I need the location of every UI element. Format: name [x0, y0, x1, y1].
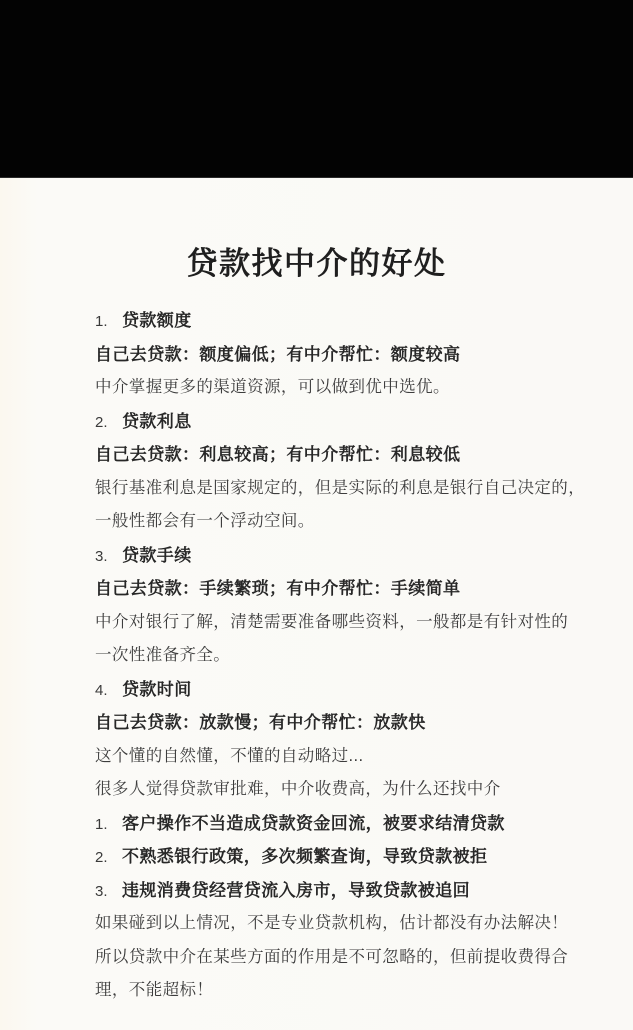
line-text: 贷款额度: [122, 311, 192, 330]
text-line: 自己去贷款：放款慢；有中介帮忙：放款快: [95, 706, 583, 740]
list-number: 2.: [95, 841, 122, 875]
screenshot-root: 贷款找中介的好处 1.贷款额度自己去贷款：额度偏低；有中介帮忙：额度较高中介掌握…: [0, 0, 633, 1030]
line-text: 很多人觉得贷款审批难，中介收费高，为什么还找中介: [95, 780, 501, 798]
line-text: 中介掌握更多的渠道资源，可以做到优中选优。: [95, 378, 450, 396]
text-line: 所以贷款中介在某些方面的作用是不可忽略的，但前提收费得合: [95, 941, 583, 975]
top-letterbox-bar: [0, 0, 633, 178]
risk-item-3: 3.违规消费贷经营贷流入房市，导致贷款被追回: [95, 874, 583, 908]
line-text: 银行基准利息是国家规定的，但是实际的利息是银行自己决定的，: [95, 479, 585, 497]
section-heading-loan-amount: 1.贷款额度: [95, 304, 583, 338]
line-text: 这个懂的自然懂，不懂的自动略过...: [95, 747, 363, 765]
list-number: 1.: [95, 808, 122, 842]
line-text: 不熟悉银行政策，多次频繁查询，导致贷款被拒: [122, 847, 487, 866]
line-text: 一次性准备齐全。: [95, 646, 230, 664]
risk-item-2: 2.不熟悉银行政策，多次频繁查询，导致贷款被拒: [95, 840, 583, 874]
text-line: 自己去贷款：额度偏低；有中介帮忙：额度较高: [95, 338, 583, 372]
section-heading-loan-interest: 2.贷款利息: [95, 405, 583, 439]
page-title: 贷款找中介的好处: [0, 244, 633, 284]
line-text: 自己去贷款：额度偏低；有中介帮忙：额度较高: [95, 345, 460, 364]
line-text: 自己去贷款：放款慢；有中介帮忙：放款快: [95, 713, 426, 732]
list-number: 3.: [95, 875, 122, 909]
line-text: 客户操作不当造成贷款资金回流，被要求结清贷款: [122, 814, 505, 833]
text-line: 自己去贷款：利息较高；有中介帮忙：利息较低: [95, 438, 583, 472]
line-text: 违规消费贷经营贷流入房市，导致贷款被追回: [122, 881, 470, 900]
section-heading-loan-procedure: 3.贷款手续: [95, 539, 583, 573]
text-line: 中介掌握更多的渠道资源，可以做到优中选优。: [95, 371, 583, 405]
list-number: 4.: [95, 674, 122, 708]
line-text: 贷款手续: [122, 546, 192, 565]
risk-item-1: 1.客户操作不当造成贷款资金回流，被要求结清贷款: [95, 807, 583, 841]
section-heading-loan-time: 4.贷款时间: [95, 673, 583, 707]
list-number: 3.: [95, 540, 122, 574]
line-text: 自己去贷款：利息较高；有中介帮忙：利息较低: [95, 445, 460, 464]
text-line: 这个懂的自然懂，不懂的自动略过...: [95, 740, 583, 774]
line-text: 贷款时间: [122, 680, 192, 699]
line-text: 所以贷款中介在某些方面的作用是不可忽略的，但前提收费得合: [95, 948, 568, 966]
line-text: 理，不能超标！: [95, 981, 213, 999]
text-line: 一次性准备齐全。: [95, 639, 583, 673]
list-number: 2.: [95, 406, 122, 440]
text-line: 理，不能超标！: [95, 974, 583, 1008]
line-text: 中介对银行了解，清楚需要准备哪些资料，一般都是有针对性的: [95, 613, 568, 631]
line-text: 如果碰到以上情况，不是专业贷款机构，估计都没有办法解决！: [95, 914, 568, 932]
content-lines: 1.贷款额度自己去贷款：额度偏低；有中介帮忙：额度较高中介掌握更多的渠道资源，可…: [0, 304, 633, 1008]
text-line: 如果碰到以上情况，不是专业贷款机构，估计都没有办法解决！: [95, 907, 583, 941]
line-text: 自己去贷款：手续繁琐；有中介帮忙：手续简单: [95, 579, 460, 598]
text-line: 银行基准利息是国家规定的，但是实际的利息是银行自己决定的，: [95, 472, 583, 506]
list-number: 1.: [95, 305, 122, 339]
text-line: 一般性都会有一个浮动空间。: [95, 505, 583, 539]
document-page: 贷款找中介的好处 1.贷款额度自己去贷款：额度偏低；有中介帮忙：额度较高中介掌握…: [0, 178, 633, 1030]
line-text: 一般性都会有一个浮动空间。: [95, 512, 315, 530]
text-line: 很多人觉得贷款审批难，中介收费高，为什么还找中介: [95, 773, 583, 807]
text-line: 自己去贷款：手续繁琐；有中介帮忙：手续简单: [95, 572, 583, 606]
line-text: 贷款利息: [122, 412, 192, 431]
text-line: 中介对银行了解，清楚需要准备哪些资料，一般都是有针对性的: [95, 606, 583, 640]
